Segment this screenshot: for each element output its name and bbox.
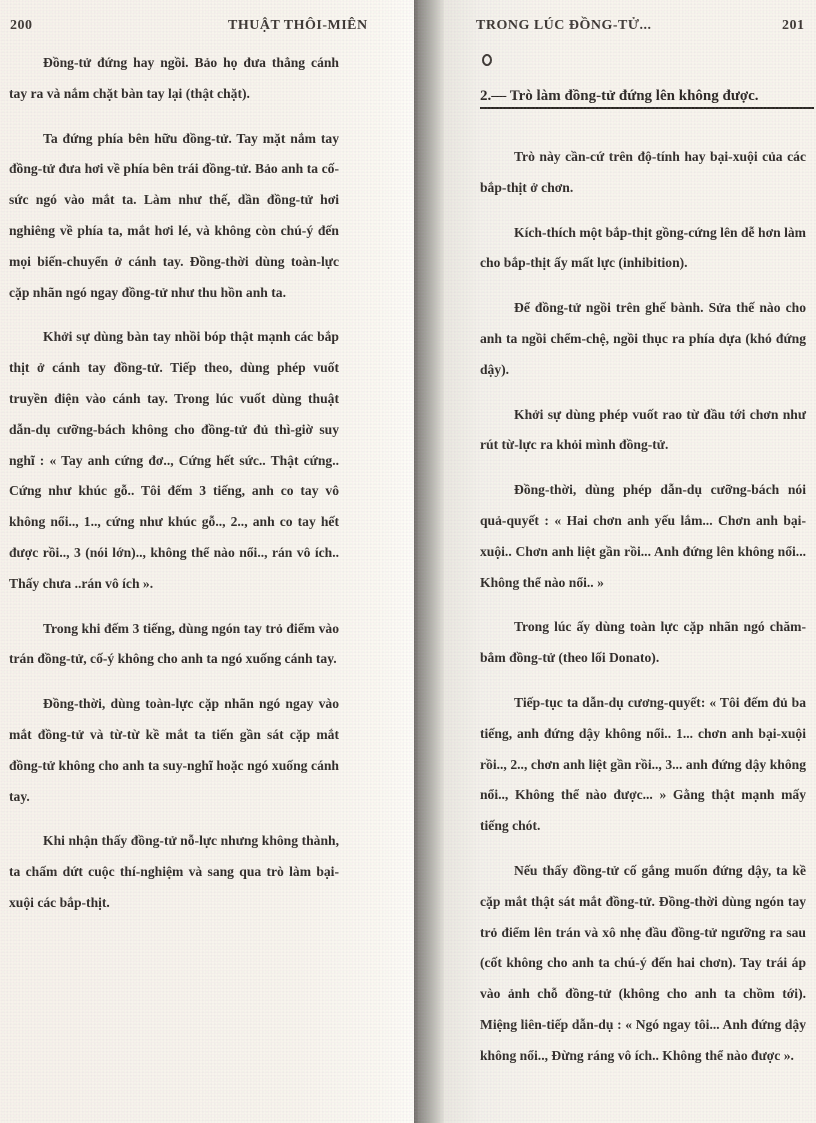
left-page-number: 200 [10, 18, 33, 34]
right-page: TRONG LÚC ĐỒNG-TỬ... 201 2.— Trò làm đồn… [444, 0, 816, 1123]
paragraph: Để đồng-tử ngồi trên ghế bành. Sửa thế n… [480, 293, 806, 385]
right-running-head: TRONG LÚC ĐỒNG-TỬ... [476, 18, 652, 34]
paragraph: Kích-thích một bắp-thịt gồng-cứng lên dễ… [480, 218, 806, 280]
left-running-head: THUẬT THÔI-MIÊN [228, 18, 368, 34]
paragraph: Tiếp-tục ta dẫn-dụ cương-quyết: « Tôi đế… [480, 688, 806, 842]
section-title: 2.— Trò làm đồng-tử đứng lên không được. [480, 88, 814, 109]
paragraph: Khởi sự dùng bàn tay nhồi bóp thật mạnh … [9, 322, 339, 599]
left-page-body: Đồng-tử đứng hay ngồi. Bảo họ đưa thẳng … [9, 48, 339, 933]
paragraph: Nếu thấy đồng-tử cố gắng muốn đứng dậy, … [480, 856, 806, 1072]
book-spine-gutter [414, 0, 444, 1123]
paragraph: Đồng-thời, dùng phép dẫn-dụ cưỡng-bách n… [480, 475, 806, 598]
ornament-circle-icon [482, 54, 492, 66]
paragraph: Trò này cần-cứ trên độ-tính hay bại-xuội… [480, 142, 806, 204]
right-page-number: 201 [782, 18, 805, 34]
right-page-body: Trò này cần-cứ trên độ-tính hay bại-xuội… [480, 142, 806, 1086]
paragraph: Khởi sự dùng phép vuốt rao từ đầu tới ch… [480, 400, 806, 462]
paragraph: Khi nhận thấy đồng-tử nỗ-lực nhưng không… [9, 826, 339, 918]
book-spread: 200 THUẬT THÔI-MIÊN Đồng-tử đứng hay ngồ… [0, 0, 816, 1123]
paragraph: Trong lúc ấy dùng toàn lực cặp nhãn ngó … [480, 612, 806, 674]
paragraph: Ta đứng phía bên hữu đồng-tử. Tay mặt nắ… [9, 124, 339, 309]
paragraph: Đồng-thời, dùng toàn-lực cặp nhãn ngó ng… [9, 689, 339, 812]
paragraph: Trong khi đếm 3 tiếng, dùng ngón tay trỏ… [9, 614, 339, 676]
paragraph: Đồng-tử đứng hay ngồi. Bảo họ đưa thẳng … [9, 48, 339, 110]
left-page: 200 THUẬT THÔI-MIÊN Đồng-tử đứng hay ngồ… [0, 0, 414, 1123]
